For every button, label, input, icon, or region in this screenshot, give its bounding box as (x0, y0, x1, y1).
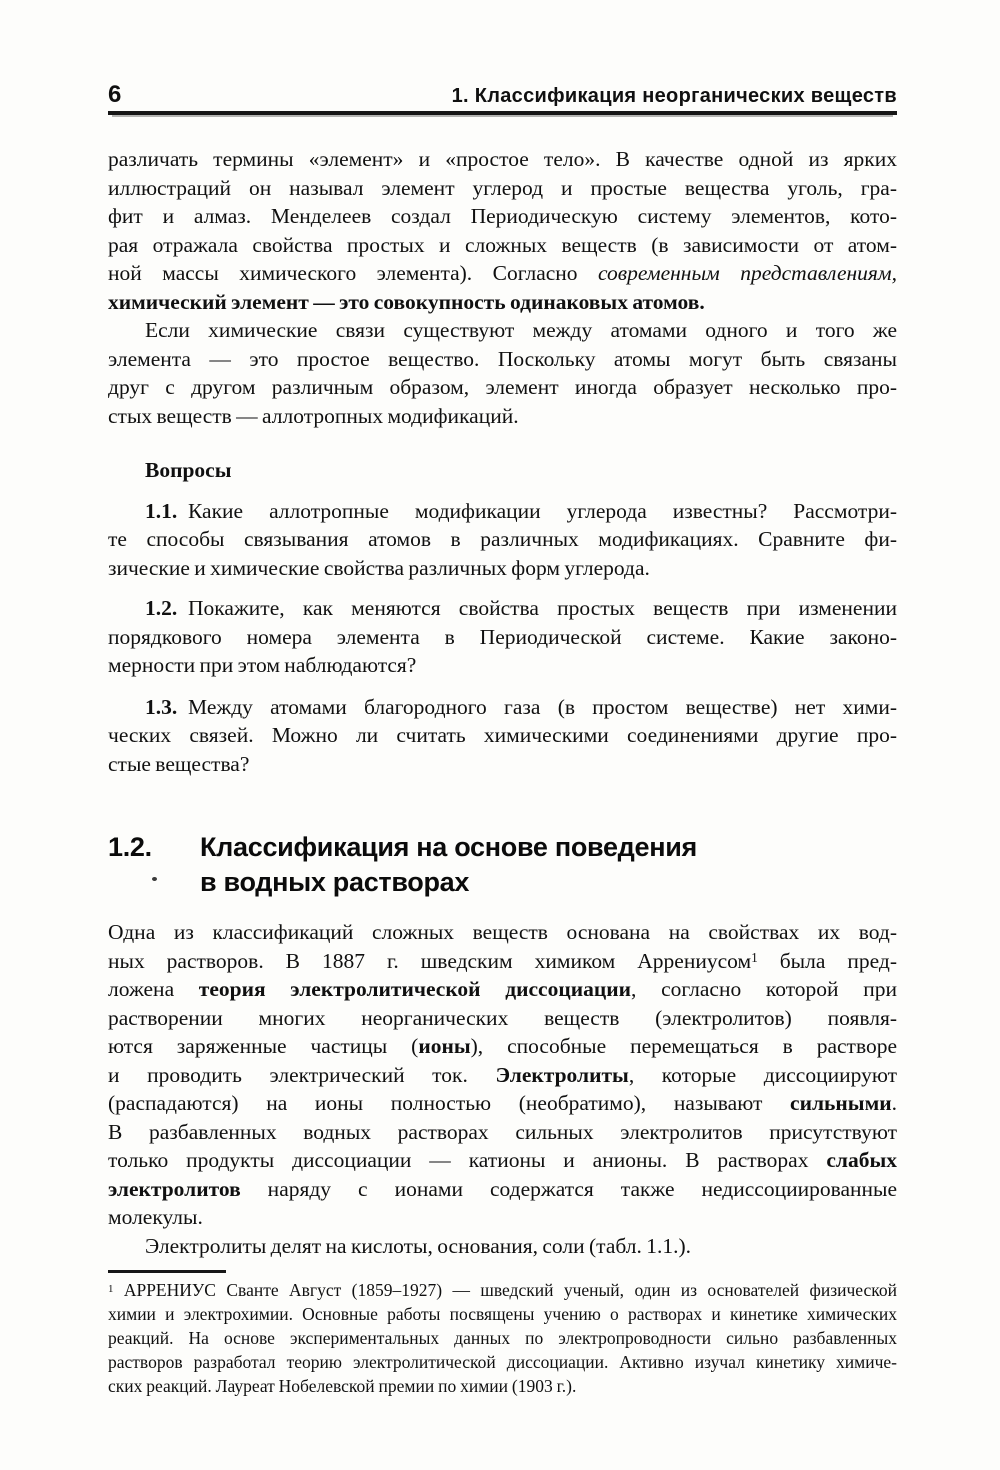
paragraph-electrolyte-classes: Электролиты делят на кислоты, основания,… (108, 1232, 897, 1261)
text-segment: 1.2. (145, 596, 177, 620)
text-segment: мерности при этом наблюдаются? (108, 653, 416, 677)
text-segment: , которые диссоциируют (629, 1063, 897, 1087)
text-line: только продукты диссоциации — катионы и … (108, 1146, 897, 1175)
text-segment: Одна из классификаций сложных веществ ос… (108, 920, 897, 944)
text-segment: стые вещества? (108, 752, 249, 776)
section-number-column: 1.2. (108, 830, 200, 900)
page-number: 6 (108, 84, 121, 106)
text-segment: Электролиты (495, 1063, 628, 1087)
paragraph-element-terms: различать термины «элемент» и «простое т… (108, 145, 897, 316)
text-line: 1 АРРЕНИУС Сванте Август (1859–1927) — ш… (108, 1278, 897, 1302)
text-segment: Между атомами благородного газа (в прост… (177, 695, 897, 719)
questions-heading: Вопросы (108, 456, 897, 485)
text-line: ских реакций. Лауреат Нобелевской премии… (108, 1374, 897, 1398)
text-line: ных растворов. В 1887 г. шведским химико… (108, 947, 897, 976)
footnote-rule (108, 1270, 226, 1273)
text-segment: В разбавленных водных растворах сильных … (108, 1120, 897, 1144)
text-segment: Электролиты делят на кислоты, основания,… (145, 1234, 691, 1258)
text-segment: была пред- (758, 949, 897, 973)
text-segment: рая отражала свойства простых и сложных … (108, 233, 897, 257)
text-segment: ются заряженные частицы ( (108, 1034, 418, 1058)
text-segment: сильными (790, 1091, 892, 1115)
text-segment: только продукты диссоциации — катионы и … (108, 1148, 826, 1172)
paragraph-electrolytic-dissociation: Одна из классификаций сложных веществ ос… (108, 918, 897, 1232)
question-1-2: 1.2. Покажите, как меняются свойства про… (108, 594, 897, 680)
text-segment: молекулы. (108, 1205, 203, 1229)
text-segment: ионы (418, 1034, 470, 1058)
question-1-1: 1.1. Какие аллотропные модификации углер… (108, 497, 897, 583)
text-segment: ложена (108, 977, 199, 1001)
text-line: реакций. На основе экспериментальных дан… (108, 1326, 897, 1350)
text-segment: 1 (108, 1283, 113, 1295)
text-line: В разбавленных водных растворах сильных … (108, 1118, 897, 1147)
text-line: мерности при этом наблюдаются? (108, 651, 897, 680)
text-line: порядкового номера элемента в Периодичес… (108, 623, 897, 652)
paragraph-allotropy: Если химические связи существуют между а… (108, 316, 897, 430)
text-segment: Какие аллотропные модификации углерода и… (177, 499, 897, 523)
text-segment: 1 (751, 950, 758, 965)
text-line: те способы связывания атомов в различных… (108, 525, 897, 554)
text-line: зические и химические свойства различных… (108, 554, 897, 583)
text-line: фит и алмаз. Менделеев создал Периодичес… (108, 202, 897, 231)
text-line: ческих связей. Можно ли считать химическ… (108, 721, 897, 750)
text-line: ной массы химического элемента). Согласн… (108, 259, 897, 288)
text-segment: растворов разработал теорию электролитич… (108, 1352, 897, 1372)
section-heading-1-2: 1.2. Классификация на основе поведения в… (108, 830, 897, 900)
text-line: электролитов наряду с ионами содержатся … (108, 1175, 897, 1204)
text-segment: те способы связывания атомов в различных… (108, 527, 897, 551)
text-line: (распадаются) на ионы полностью (необрат… (108, 1089, 897, 1118)
text-line: 1.2. Покажите, как меняются свойства про… (108, 594, 897, 623)
section-title-line-2: в водных растворах (200, 865, 697, 900)
text-segment: электролитов (108, 1177, 241, 1201)
footnote-arrhenius: 1 АРРЕНИУС Сванте Август (1859–1927) — ш… (108, 1278, 897, 1398)
text-segment: стых веществ — аллотропных модификаций. (108, 404, 519, 428)
running-header: 6 1. Классификация неорганических вещест… (108, 84, 897, 115)
scan-artifact-dot (152, 877, 157, 881)
text-segment: Если химические связи существуют между а… (145, 318, 897, 342)
text-line: рая отражала свойства простых и сложных … (108, 231, 897, 260)
text-line: химический элемент — это совокупность од… (108, 288, 897, 317)
text-segment: ной массы химического элемента). Согласн… (108, 261, 598, 285)
text-line: различать термины «элемент» и «простое т… (108, 145, 897, 174)
running-header-title: 1. Классификация неорганических веществ (452, 86, 897, 106)
text-segment: современным представлениям, (598, 261, 897, 285)
text-segment: фит и алмаз. Менделеев создал Периодичес… (108, 204, 897, 228)
text-line: Если химические связи существуют между а… (108, 316, 897, 345)
text-segment: слабых (826, 1148, 897, 1172)
text-line: молекулы. (108, 1203, 897, 1232)
text-segment: , согласно которой при (631, 977, 897, 1001)
text-segment: ских реакций. Лауреат Нобелевской премии… (108, 1376, 576, 1396)
text-segment: АРРЕНИУС Сванте Август (1859–1927) — шве… (113, 1280, 897, 1300)
text-segment: элемента — это простое вещество. Посколь… (108, 347, 897, 371)
text-segment: иллюстраций он называл элемент углерод и… (108, 176, 897, 200)
text-segment: наряду с ионами содержатся также недиссо… (241, 1177, 897, 1201)
page-body: различать термины «элемент» и «простое т… (108, 145, 897, 1398)
text-segment: различать термины «элемент» и «простое т… (108, 147, 897, 171)
text-segment: 1.1. (145, 499, 177, 523)
section-title: Классификация на основе поведения в водн… (200, 830, 697, 900)
text-line: стые вещества? (108, 750, 897, 779)
text-segment: ческих связей. Можно ли считать химическ… (108, 723, 897, 747)
text-segment: порядкового номера элемента в Периодичес… (108, 625, 897, 649)
text-segment: 1.3. (145, 695, 177, 719)
text-segment: друг с другом различным образом, элемент… (108, 375, 897, 399)
text-segment: растворении многих неорганических вещест… (108, 1006, 897, 1030)
text-line: химии и электрохимии. Основные работы по… (108, 1302, 897, 1326)
text-line: растворении многих неорганических вещест… (108, 1004, 897, 1033)
text-line: друг с другом различным образом, элемент… (108, 373, 897, 402)
text-line: 1.3. Между атомами благородного газа (в … (108, 693, 897, 722)
book-page: 6 1. Классификация неорганических вещест… (0, 0, 1000, 1470)
text-line: Электролиты делят на кислоты, основания,… (108, 1232, 897, 1261)
text-segment: теория электролитической диссоциации (199, 977, 631, 1001)
text-line: ложена теория электролитической диссоциа… (108, 975, 897, 1004)
text-segment: (распадаются) на ионы полностью (необрат… (108, 1091, 790, 1115)
text-segment: Покажите, как меняются свойства простых … (177, 596, 897, 620)
text-line: элемента — это простое вещество. Посколь… (108, 345, 897, 374)
text-line: стых веществ — аллотропных модификаций. (108, 402, 897, 431)
text-segment: . (892, 1091, 897, 1115)
text-line: 1.1. Какие аллотропные модификации углер… (108, 497, 897, 526)
text-line: иллюстраций он называл элемент углерод и… (108, 174, 897, 203)
text-line: растворов разработал теорию электролитич… (108, 1350, 897, 1374)
text-line: ются заряженные частицы (ионы), способны… (108, 1032, 897, 1061)
question-1-3: 1.3. Между атомами благородного газа (в … (108, 693, 897, 779)
text-segment: химии и электрохимии. Основные работы по… (108, 1304, 897, 1324)
text-segment: ), способные перемещаться в растворе (471, 1034, 897, 1058)
section-number: 1.2. (108, 832, 152, 862)
text-segment: и проводить электрический ток. (108, 1063, 495, 1087)
section-title-line-1: Классификация на основе поведения (200, 830, 697, 865)
text-segment: ных растворов. В 1887 г. шведским химико… (108, 949, 751, 973)
text-segment: химический элемент — это совокупность од… (108, 290, 705, 314)
text-segment: реакций. На основе экспериментальных дан… (108, 1328, 897, 1348)
text-segment: зические и химические свойства различных… (108, 556, 650, 580)
text-line: Одна из классификаций сложных веществ ос… (108, 918, 897, 947)
text-line: и проводить электрический ток. Электроли… (108, 1061, 897, 1090)
